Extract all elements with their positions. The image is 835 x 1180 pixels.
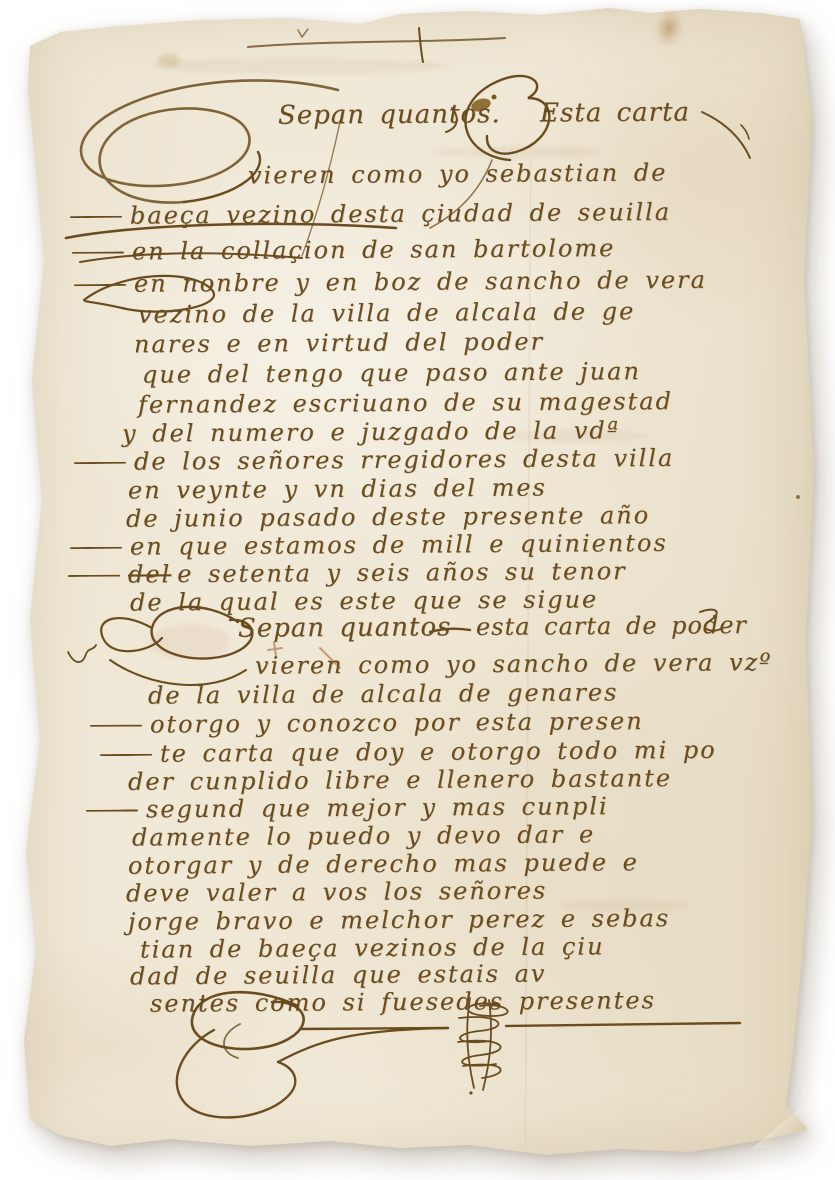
manuscript-line: jorge bravo e melchor perez e sebas [128,906,670,934]
manuscript-line: en nonbre y en boz de sancho de vera [74,268,707,296]
manuscript-line: y del numero e juzgado de la vdª [122,418,620,445]
manuscript-line: otorgar y de derecho mas puede e [128,850,639,878]
manuscript-line: deve valer a vos los señores [126,879,547,906]
manuscript-line: en veynte y vn dias del mes [128,476,547,503]
manuscript-line: en que estamos de mill e quinientos [70,531,668,559]
manuscript-line: tian de baeça vezinos de la çiu [140,934,605,961]
manuscript-line: Esta carta [540,99,690,126]
manuscript-line: nares e en virtud del poder [134,330,544,357]
manuscript-line: vezino de la villa de alcala de ge [138,299,635,326]
manuscript-line: damente lo puedo y devo dar e [132,822,595,849]
manuscript-line: en la collaçion de san bartolome [72,236,615,264]
manuscript-line: de junio pasado deste presente año [126,503,650,531]
manuscript-line: sentes como si fuesedes presentes [150,988,656,1016]
manuscript-line: Sepan quantos [238,614,452,641]
manuscript-line: dele setenta y seis años su tenor [68,559,627,587]
manuscript-line: te carta que doy e otorgo todo mi po [100,738,717,766]
manuscript-line: esta carta de poder [476,613,747,639]
manuscript-photo: Sepan quantos.Esta cartavieren como yo s… [0,0,835,1180]
photo-background: { "colors": { "background": "#ffffff", "… [0,0,835,1180]
manuscript-line: Sepan quantos. [278,101,501,129]
manuscript-line: der cunplido libre e llenero bastante [128,766,672,794]
manuscript-line: segund que mejor y mas cunpli [86,794,609,822]
manuscript-line: vieren como yo sebastian de [248,161,668,188]
manuscript-line: fernandez escriuano de su magestad [138,389,673,417]
manuscript-line: de la villa de alcala de genares [148,680,619,707]
manuscript-line: que del tengo que paso ante juan [142,359,641,386]
manuscript-line: vieren como yo sancho de vera vzº [255,650,773,678]
manuscript-line: de la qual es este que se sigue [130,587,598,614]
manuscript-line: baeça vezino desta çiudad de seuilla [70,200,671,228]
manuscript-line: de los señores rregidores desta villa [74,446,674,474]
manuscript-line: dad de seuilla que estais av [130,962,547,989]
manuscript-line: otorgo y conozco por esta presen [90,709,644,737]
manuscript-text: Sepan quantos.Esta cartavieren como yo s… [0,0,835,1180]
